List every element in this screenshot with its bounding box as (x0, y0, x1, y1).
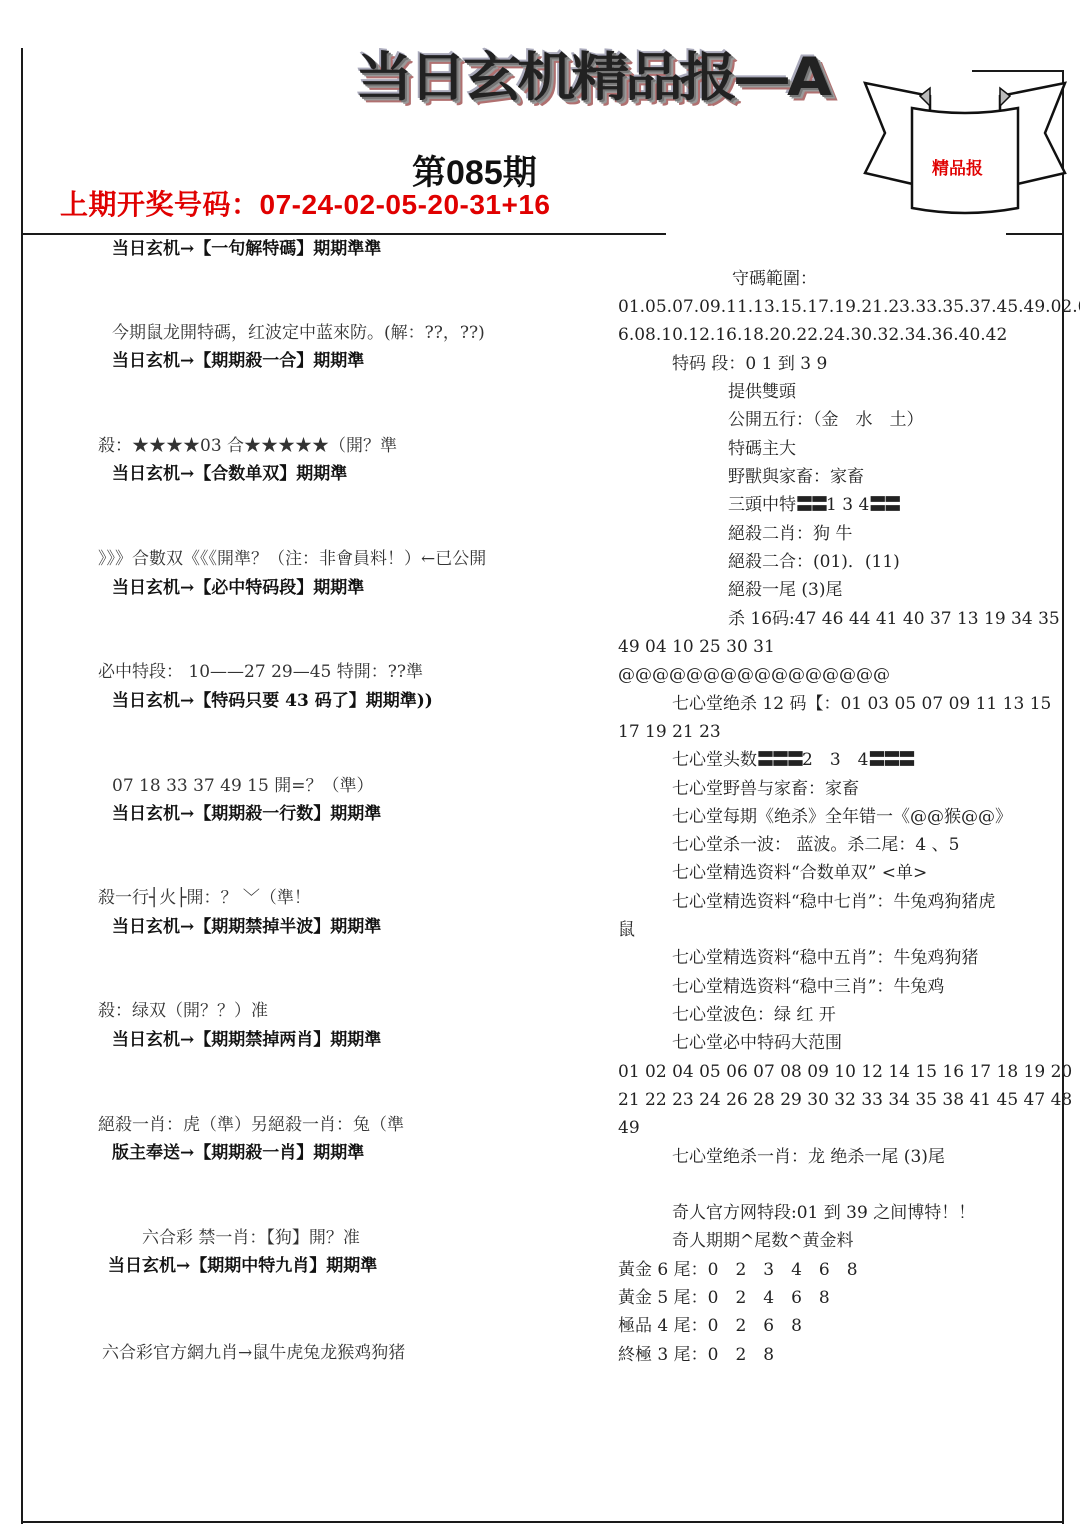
info-line: 七心堂绝杀一肖：龙 绝杀一尾 (3)尾 (672, 1146, 945, 1168)
bar-decoration: 〓〓 (869, 495, 899, 515)
info-line: 絕殺一尾 (3)尾 (728, 579, 842, 601)
info-line: 七心堂精选资料“稳中三肖”：牛兔鸡 (672, 976, 944, 998)
info-line: 奇人官方网特段:01 到 39 之间博特！！ (672, 1202, 975, 1224)
section-content: 今期鼠龙開特碼，红波定中蓝來防。(解：??，??) (112, 322, 485, 344)
section-heading: 当日玄机→【期期殺一合】期期準 (112, 350, 364, 372)
info-line: 七心堂野兽与家畜：家畜 (672, 778, 859, 800)
section-heading: 当日玄机→【期期禁掉两肖】期期準 (112, 1029, 381, 1051)
info-line: 極品 4 尾：0 2 6 8 (618, 1315, 802, 1337)
info-line: 01.05.07.09.11.13.15.17.19.21.23.33.35.3… (618, 296, 1080, 318)
info-value: 2 3 4 (802, 750, 868, 770)
info-line: 特碼主大 (728, 438, 796, 460)
info-line: 七心堂精选资料“合数单双” <单> (672, 862, 927, 884)
last-draw-label: 上期开奖号码： (60, 189, 260, 220)
section-content: 殺一行┤火├開：？ ﹀（準！ (98, 887, 311, 909)
section-content: 07 18 33 37 49 15 開=？（準） (112, 775, 373, 797)
section-content: 殺：绿双（開？？）准 (98, 1000, 268, 1022)
info-line: 特码 段：0 1 到 3 9 (672, 353, 827, 375)
info-line: 七心堂波色：绿 红 开 (672, 1004, 836, 1026)
section-content: 六合彩 禁一肖：【狗】開？准 (142, 1227, 360, 1249)
last-draw-numbers: 07-24-02-05-20-31+16 (260, 189, 551, 220)
section-content: 》》》合數双《《《開準？（注：非會員料！）←已公開 (98, 548, 486, 570)
info-line: 21 22 23 24 26 28 29 30 32 33 34 35 38 4… (618, 1089, 1072, 1111)
info-label: 七心堂头数 (672, 750, 757, 770)
page-title: 当日玄机精品报—A (355, 46, 875, 109)
header-divider-right (1006, 233, 1064, 235)
info-line: 黃金 6 尾：0 2 3 4 6 8 (618, 1259, 858, 1281)
info-line: 17 19 21 23 (618, 721, 721, 743)
info-line: 奇人期期^尾数^黄金料 (672, 1230, 854, 1252)
info-line: 七心堂每期《绝杀》全年错一《@@猴@@》 (672, 806, 1012, 828)
header-divider-left (21, 233, 666, 235)
section-heading: 当日玄机→【期期禁掉半波】期期準 (112, 916, 381, 938)
bar-decoration: 〓〓 (796, 495, 826, 515)
info-line: 提供雙頭 (728, 381, 796, 403)
info-line: 七心堂必中特码大范围 (672, 1032, 842, 1054)
banner-label: 精品报 (932, 154, 983, 179)
bar-decoration: 〓〓〓 (757, 750, 802, 770)
section-heading: 当日玄机→【一句解特碼】期期準準 (112, 238, 381, 260)
info-line: 三頭中特〓〓1 3 4〓〓 (728, 494, 899, 516)
info-line: 公開五行：（金 水 土） (728, 409, 924, 431)
info-line: 黃金 5 尾：0 2 4 6 8 (618, 1287, 830, 1309)
section-heading: 当日玄机→【期期中特九肖】期期準 (108, 1255, 377, 1277)
frame-top-right-segment (972, 70, 1064, 72)
info-line: 七心堂头数〓〓〓2 3 4〓〓〓 (672, 749, 913, 771)
info-line: 49 04 10 25 30 31 (618, 636, 775, 658)
bar-decoration: 〓〓〓 (868, 750, 913, 770)
info-line: 七心堂精选资料“稳中五肖”：牛兔鸡狗猪 (672, 947, 978, 969)
frame-left-border (21, 48, 23, 1524)
info-line: @@@@@@@@@@@@@@@@ (618, 664, 890, 686)
section-heading: 当日玄机→【合数单双】期期準 (112, 463, 347, 485)
info-line: 七心堂绝杀 12 码【：01 03 05 07 09 11 13 15 (672, 693, 1051, 715)
info-line: 鼠 (618, 919, 635, 941)
section-heading: 当日玄机→【特码只要 43 码了】期期準)) (112, 690, 433, 712)
frame-bottom-border (21, 1521, 1064, 1523)
ribbon-banner-icon (860, 78, 1070, 228)
info-line: 野獸與家畜：家畜 (728, 466, 864, 488)
section-content: 絕殺一肖：虎（準）另絕殺一肖：兔（準 (98, 1114, 404, 1136)
info-line: 絕殺二肖：狗 牛 (728, 523, 852, 545)
info-line: 七心堂杀一波： 蓝波。杀二尾：4 、5 (672, 834, 959, 856)
section-heading: 当日玄机→【期期殺一行数】期期準 (112, 803, 381, 825)
info-label: 三頭中特 (728, 495, 796, 515)
info-value: 1 3 4 (826, 495, 869, 515)
section-heading: 版主奉送→【期期殺一肖】期期準 (112, 1142, 364, 1164)
info-line: 絕殺二合：(01)．(11) (728, 551, 900, 573)
section-content: 殺：★★★★03 合★★★★★（開？準 (98, 435, 397, 457)
info-line: 終極 3 尾：0 2 8 (618, 1344, 774, 1366)
section-content: 必中特段： 10——27 29—45 特開：??準 (98, 661, 423, 683)
info-line: 杀 16码:47 46 44 41 40 37 13 19 34 35 (728, 608, 1060, 630)
info-line: 守碼範圍： (732, 268, 817, 290)
info-line: 01 02 04 05 06 07 08 09 10 12 14 15 16 1… (618, 1061, 1072, 1083)
info-line: 6.08.10.12.16.18.20.22.24.30.32.34.36.40… (618, 324, 1007, 346)
section-content: 六合彩官方網九肖→鼠牛虎兔龙猴鸡狗猪 (102, 1342, 405, 1364)
frame-right-border (1062, 70, 1064, 1524)
section-heading: 当日玄机→【必中特码段】期期準 (112, 577, 364, 599)
info-line: 49 (618, 1117, 640, 1139)
last-draw-results: 上期开奖号码：07-24-02-05-20-31+16 (60, 183, 551, 223)
info-line: 七心堂精选资料“稳中七肖”：牛兔鸡狗猪虎 (672, 891, 995, 913)
